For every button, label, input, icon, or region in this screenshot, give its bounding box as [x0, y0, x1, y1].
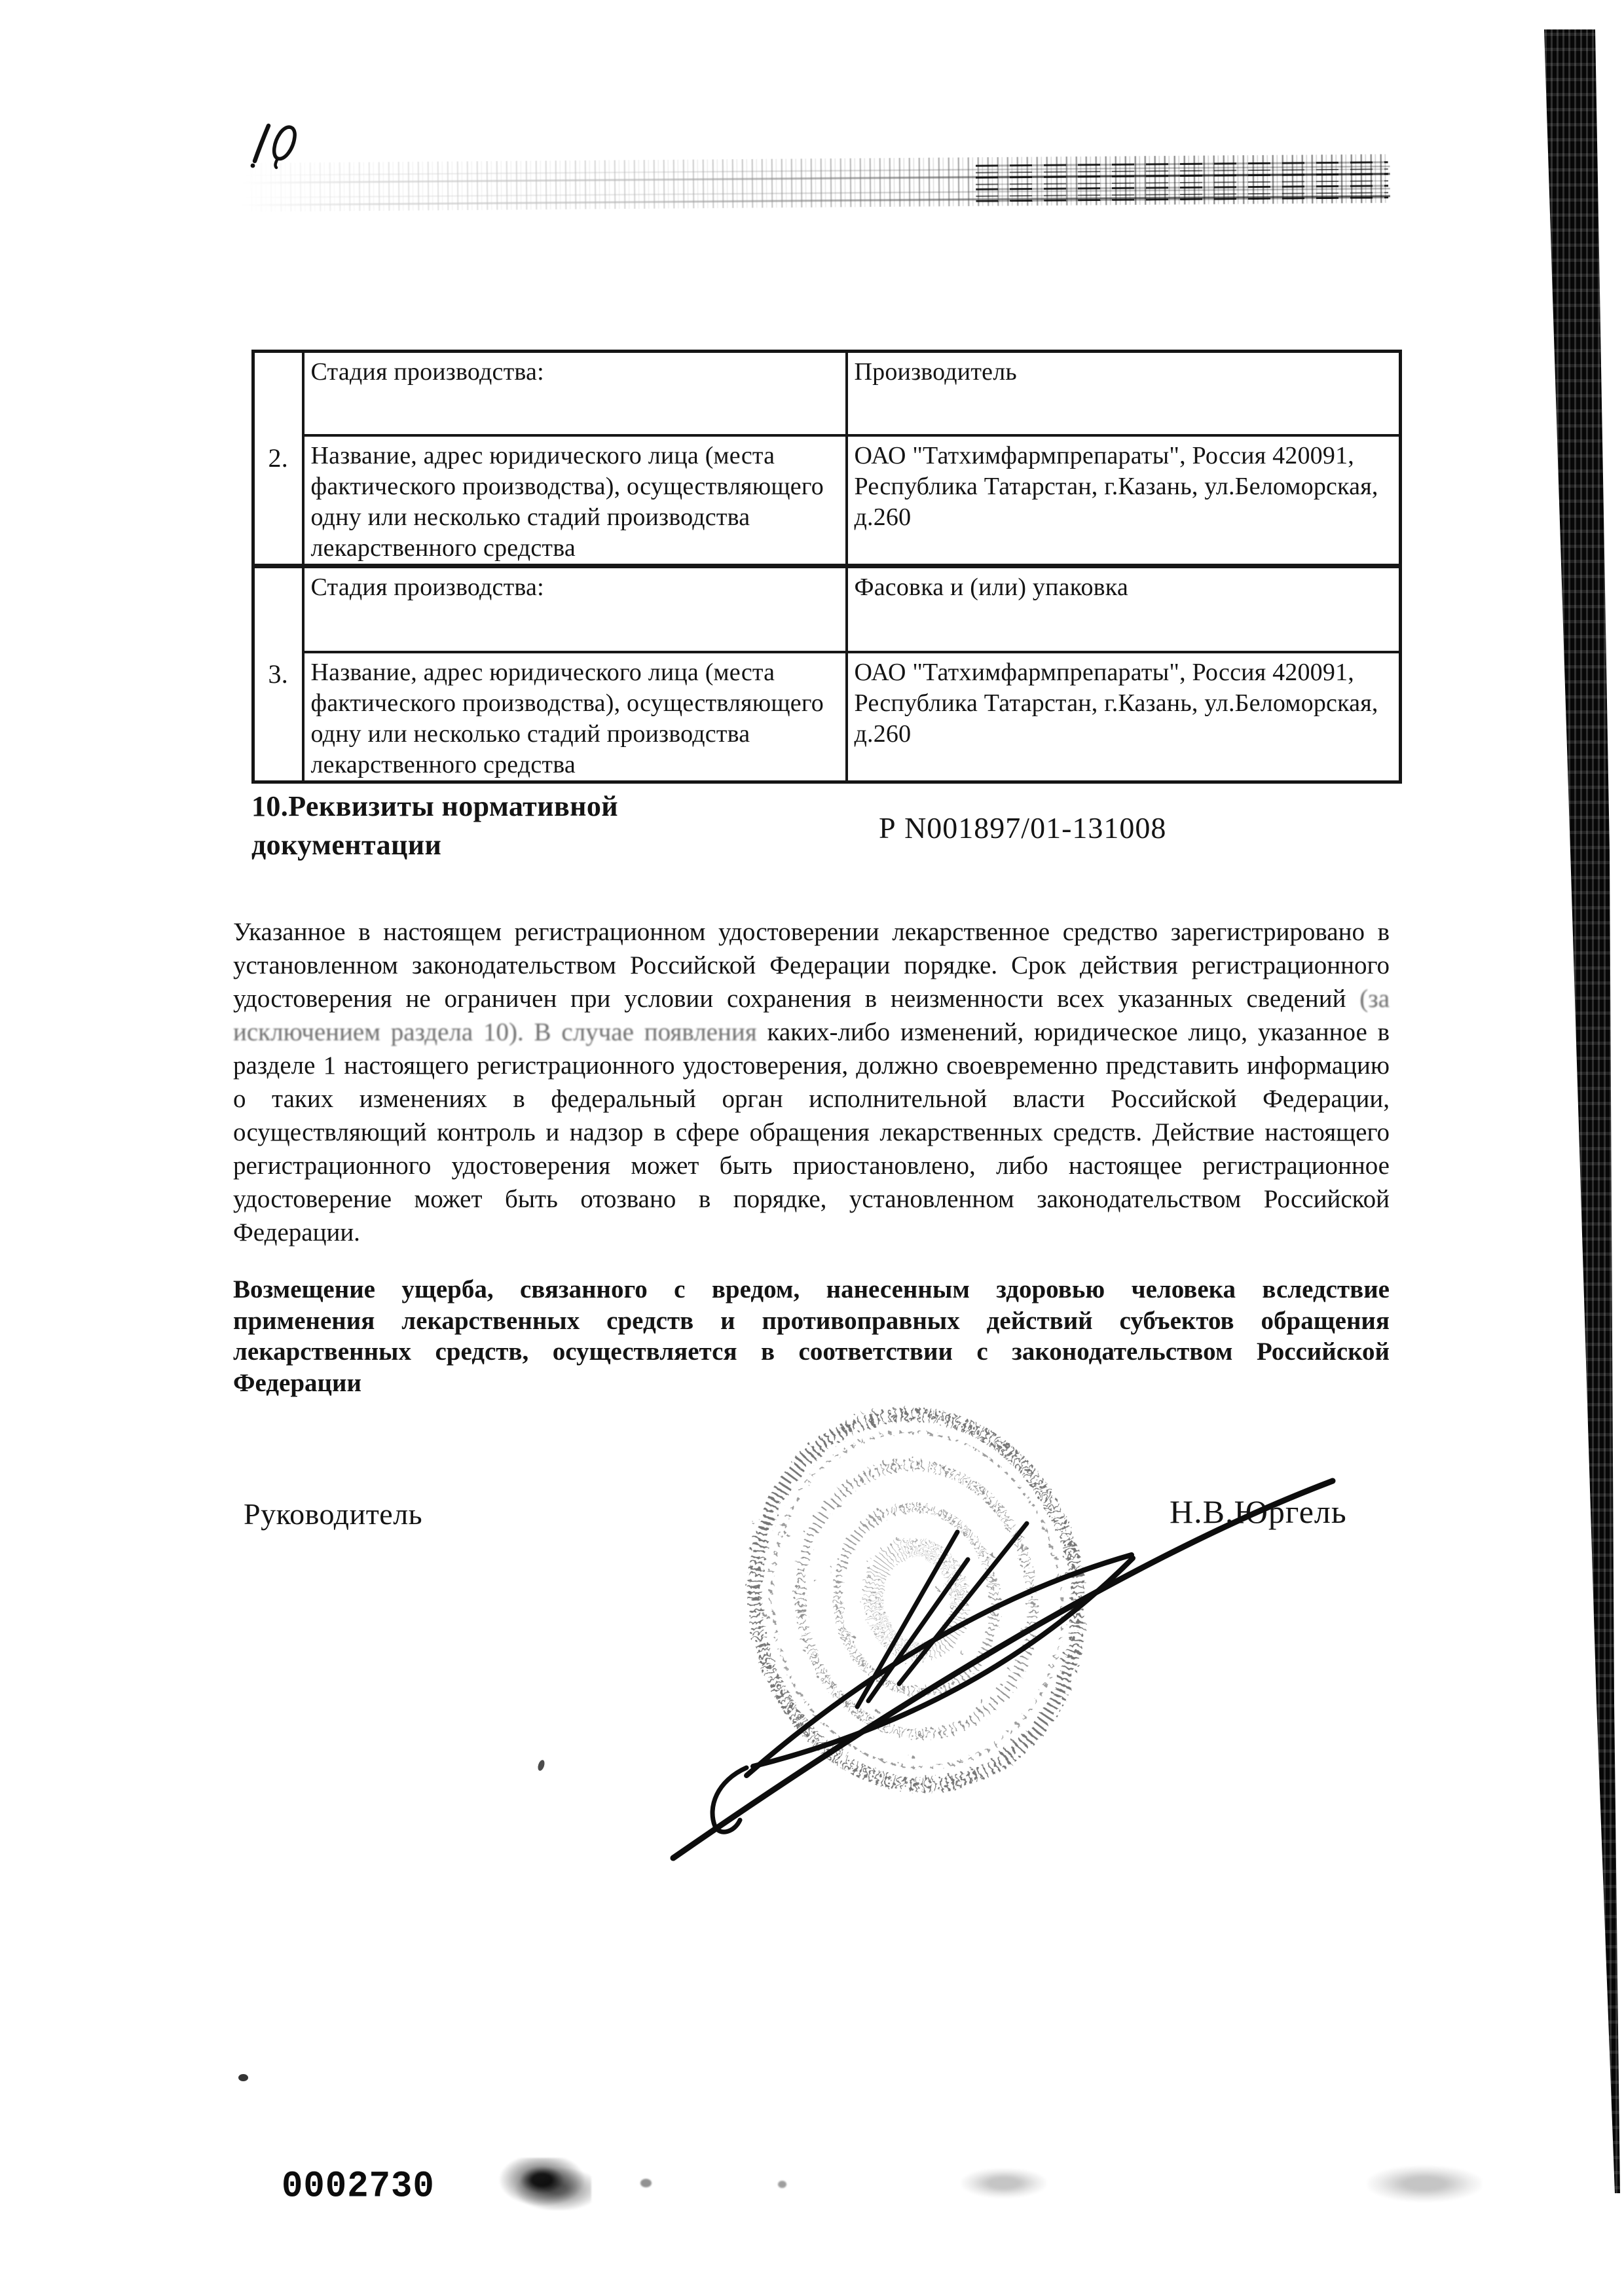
row-number: 3.: [253, 566, 303, 782]
scan-noise-band-dark: [976, 160, 1388, 202]
legal-paragraph-1-start: Указанное в настоящем регистрационном уд…: [233, 918, 1390, 1013]
scan-smudge: [1367, 2166, 1482, 2202]
name-address-value-cell: ОАО "Татхимфармпрепараты", Россия 420091…: [847, 652, 1401, 782]
signatory-role-label: Руководитель: [244, 1497, 422, 1531]
scanned-page: { "page": { "handwritten_mark": "10", "f…: [0, 0, 1624, 2296]
ink-speck: [778, 2181, 786, 2188]
stage-value-cell: Фасовка и (или) упаковка: [847, 566, 1401, 652]
legal-paragraph-1: Указанное в настоящем регистрационном уд…: [233, 915, 1390, 1249]
section-10-heading-line2: документации: [251, 826, 697, 864]
row-number: 2.: [253, 352, 303, 566]
ink-speck: [640, 2179, 652, 2187]
stage-label-cell: Стадия производства:: [303, 566, 847, 652]
name-address-label-cell: Название, адрес юридического лица (места…: [303, 435, 847, 566]
registration-number: Р N001897/01-131008: [879, 811, 1166, 845]
legal-paragraph-1-end: каких-либо изменений, юридическое лицо, …: [233, 1018, 1390, 1247]
ink-speck: [537, 1759, 546, 1772]
form-serial-number: 0002730: [282, 2166, 435, 2208]
section-10-heading: 10.Реквизиты нормативной документации: [251, 787, 697, 864]
official-stamp-icon: [655, 1394, 1408, 1866]
legal-paragraph-2: Возмещение ущерба, связанного с вредом, …: [233, 1274, 1390, 1398]
ink-speck: [238, 2074, 248, 2081]
stamp-and-signature: [655, 1394, 1408, 1866]
production-stages-table: 2. Стадия производства: Производитель На…: [251, 350, 1402, 784]
name-address-value-cell: ОАО "Татхимфармпрепараты", Россия 420091…: [847, 435, 1401, 566]
stage-label-cell: Стадия производства:: [303, 352, 847, 435]
stage-value-cell: Производитель: [847, 352, 1401, 435]
scan-smudge: [961, 2168, 1046, 2198]
scan-edge-artifact: [1539, 26, 1624, 2219]
scan-smudge: [496, 2158, 591, 2210]
section-10-heading-line1: 10.Реквизиты нормативной: [251, 787, 697, 826]
name-address-label-cell: Название, адрес юридического лица (места…: [303, 652, 847, 782]
